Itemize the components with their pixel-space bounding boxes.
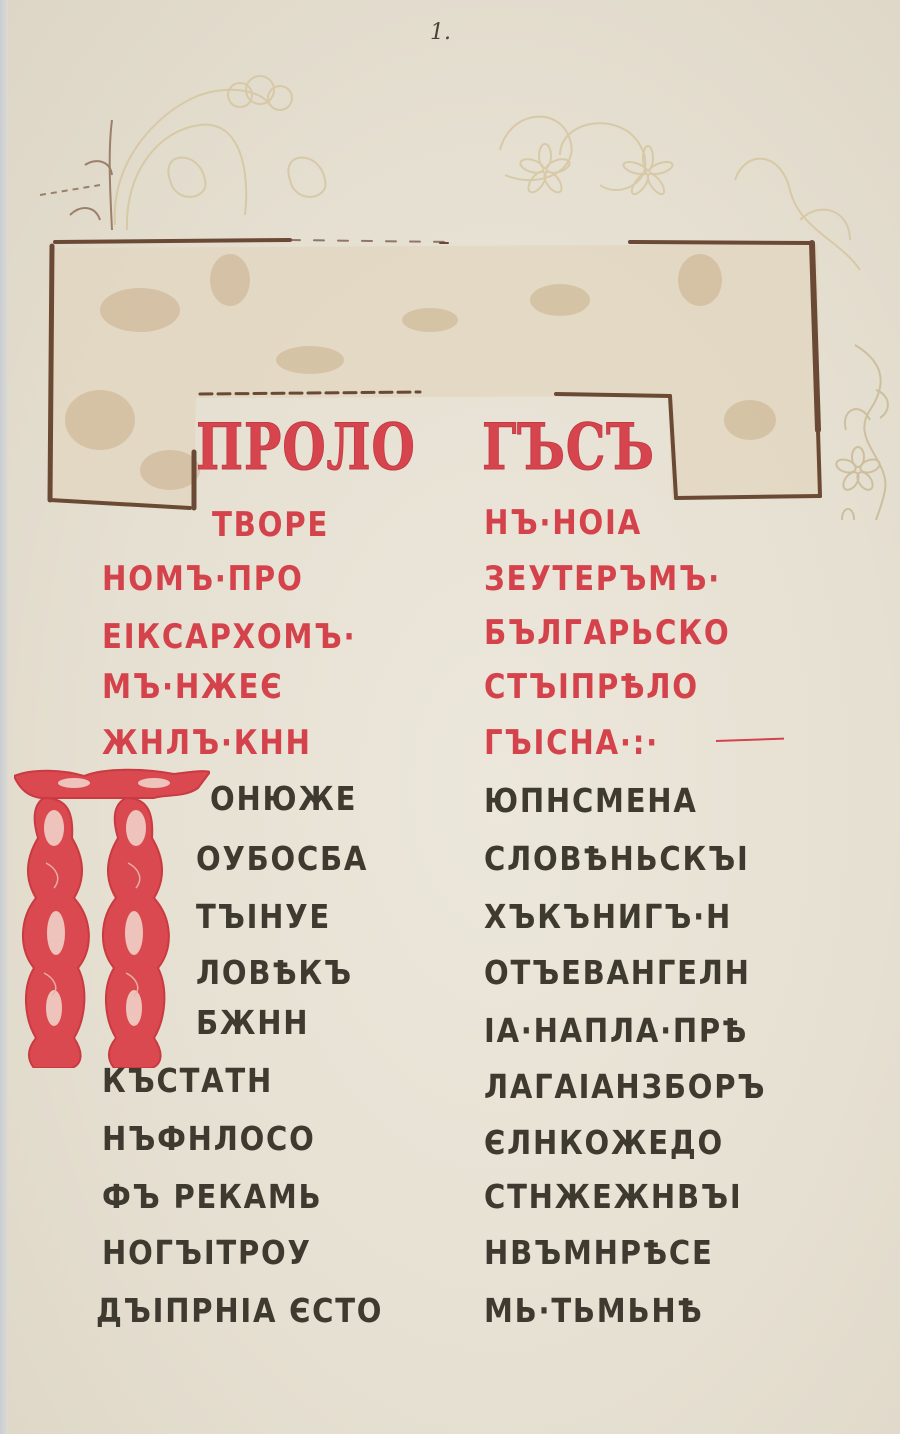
body-line: НЪФНЛОСО — [102, 1122, 316, 1155]
headpiece-ornament-icon — [0, 0, 900, 520]
rubric-line: СТЪІПРѢЛО — [484, 670, 699, 704]
rubric-line: ТВОРЕ — [212, 508, 329, 542]
title-right: ГЪСЪ — [482, 416, 655, 480]
body-line: ЄЛНКОЖЕДО — [484, 1126, 724, 1159]
body-line: ОТЪЕВАНГЕЛН — [484, 956, 751, 989]
ornamental-initial-p-icon — [14, 768, 210, 1068]
body-line: ФЪ РЕКАМЬ — [102, 1180, 322, 1213]
body-line: КЪСТАТН — [102, 1064, 273, 1097]
rubric-line: ЖНЛЪ·КНН — [102, 726, 312, 760]
rubric-line: ЗЕУТЕРЪМЪ· — [484, 562, 721, 596]
body-line: ЛОВѢКЪ — [196, 956, 353, 989]
rubric-line: БЪЛГАРЬСКО — [484, 616, 730, 650]
body-line: ХЪКЪНИГЪ·Н — [484, 900, 732, 933]
headpiece-ornament — [0, 0, 900, 520]
body-line: ЮПНСМЕНА — [484, 784, 698, 817]
rubric-line: НОМЪ·ПРО — [102, 562, 304, 596]
body-line: НВЪМНРѢСЕ — [484, 1236, 714, 1269]
rubric-line: ГЪІСНА·:· — [484, 726, 659, 760]
body-line: БЖНН — [196, 1006, 309, 1039]
body-line: ЛАГАІАНЗБОРЪ — [484, 1070, 766, 1103]
body-line: ОНЮЖЕ — [210, 782, 357, 815]
body-line: ІА·НАПЛА·ПРѢ — [484, 1014, 748, 1047]
body-line: МЬ·ТЬМЬНѢ — [484, 1294, 704, 1327]
rubric-line: МЪ·НЖЕЄ — [102, 670, 283, 704]
body-line: ОУБОСБА — [196, 842, 368, 875]
title-left: ПРОЛО — [196, 416, 416, 480]
body-line: ТЪІНУЕ — [196, 900, 331, 933]
body-line: ДЪІПРНІА ЄСТО — [96, 1294, 383, 1327]
rubric-line: ЕІКСАРХОМЪ· — [102, 620, 356, 654]
body-line: НОГЪІТРОУ — [102, 1236, 312, 1269]
body-line: СТНЖЕЖНВЪІ — [484, 1180, 742, 1213]
body-line: СЛОВѢНЬСКЪІ — [484, 842, 750, 875]
ornamental-initial — [14, 768, 210, 1068]
rubric-line: НЪ·НОІА — [484, 506, 642, 540]
